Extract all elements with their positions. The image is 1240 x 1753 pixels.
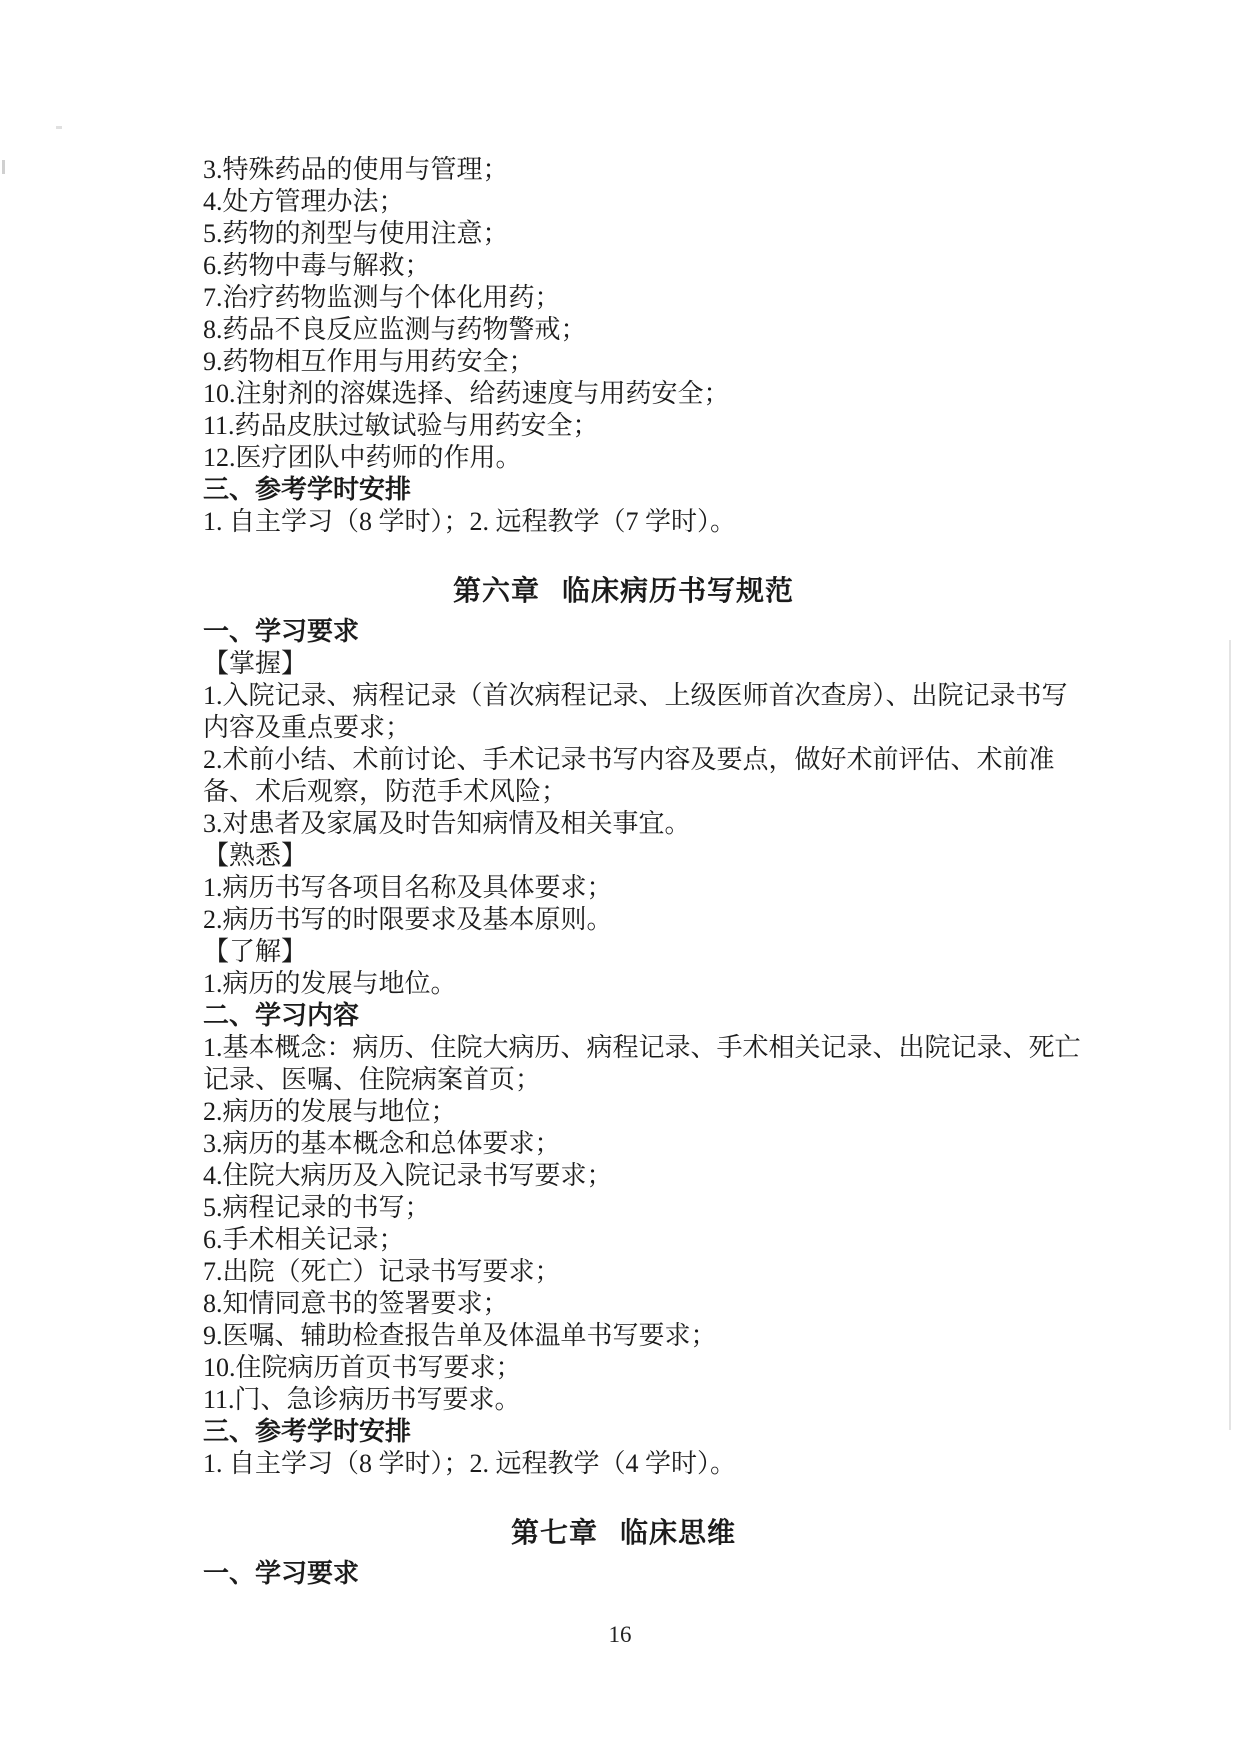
list-item: 3.病历的基本概念和总体要求； — [203, 1128, 1088, 1160]
section-heading-hours: 三、参考学时安排 — [203, 1416, 1088, 1448]
section-heading-content: 二、学习内容 — [203, 1000, 1088, 1032]
section-heading-requirements: 一、学习要求 — [203, 1558, 1088, 1590]
list-item: 1.病历的发展与地位。 — [203, 968, 1088, 1000]
hours-line: 1. 自主学习（8 学时）；2. 远程教学（7 学时）。 — [203, 506, 1088, 538]
document-body: 3.特殊药品的使用与管理； 4.处方管理办法； 5.药物的剂型与使用注意； 6.… — [203, 154, 1088, 1590]
list-item: 6.手术相关记录； — [203, 1224, 1088, 1256]
list-item: 7.治疗药物监测与个体化用药； — [203, 282, 1088, 314]
list-item: 4.处方管理办法； — [203, 186, 1088, 218]
list-item: 10.住院病历首页书写要求； — [203, 1352, 1088, 1384]
label-familiar: 【熟悉】 — [203, 840, 1088, 872]
list-item: 11.门、急诊病历书写要求。 — [203, 1384, 1088, 1416]
list-item: 2.病历书写的时限要求及基本原则。 — [203, 904, 1088, 936]
list-item: 8.药品不良反应监测与药物警戒； — [203, 314, 1088, 346]
list-item: 4.住院大病历及入院记录书写要求； — [203, 1160, 1088, 1192]
chapter6-title: 第六章临床病历书写规范 — [159, 568, 1088, 616]
list-item: 3.特殊药品的使用与管理； — [203, 154, 1088, 186]
list-item: 1.病历书写各项目名称及具体要求； — [203, 872, 1088, 904]
list-item: 3.对患者及家属及时告知病情及相关事宜。 — [203, 808, 1088, 840]
list-item: 5.病程记录的书写； — [203, 1192, 1088, 1224]
section-heading-hours: 三、参考学时安排 — [203, 474, 1088, 506]
chapter7-title-number: 第七章 — [511, 1518, 598, 1549]
list-item: 9.医嘱、辅助检查报告单及体温单书写要求； — [203, 1320, 1088, 1352]
scanned-document-page: 3.特殊药品的使用与管理； 4.处方管理办法； 5.药物的剂型与使用注意； 6.… — [0, 0, 1240, 1753]
list-item: 8.知情同意书的签署要求； — [203, 1288, 1088, 1320]
label-master: 【掌握】 — [203, 648, 1088, 680]
hours-line: 1. 自主学习（8 学时）；2. 远程教学（4 学时）。 — [203, 1448, 1088, 1480]
list-item: 2.术前小结、术前讨论、手术记录书写内容及要点，做好术前评估、术前准备、术后观察… — [203, 744, 1088, 808]
chapter6-title-text: 临床病历书写规范 — [562, 576, 794, 607]
list-item: 5.药物的剂型与使用注意； — [203, 218, 1088, 250]
section-heading-requirements: 一、学习要求 — [203, 616, 1088, 648]
page-number: 16 — [0, 1620, 1240, 1650]
list-item: 7.出院（死亡）记录书写要求； — [203, 1256, 1088, 1288]
scan-artifact-speck — [56, 126, 62, 129]
label-understand: 【了解】 — [203, 936, 1088, 968]
list-item: 11.药品皮肤过敏试验与用药安全； — [203, 410, 1088, 442]
list-item: 9.药物相互作用与用药安全； — [203, 346, 1088, 378]
list-item: 10.注射剂的溶媒选择、给药速度与用药安全； — [203, 378, 1088, 410]
chapter7-title: 第七章临床思维 — [159, 1510, 1088, 1558]
scan-artifact-line — [1229, 640, 1231, 1430]
list-item: 1.入院记录、病程记录（首次病程记录、上级医师首次查房）、出院记录书写内容及重点… — [203, 680, 1088, 744]
scan-artifact-dash — [2, 160, 5, 174]
list-item: 1.基本概念：病历、住院大病历、病程记录、手术相关记录、出院记录、死亡记录、医嘱… — [203, 1032, 1088, 1096]
list-item: 2.病历的发展与地位； — [203, 1096, 1088, 1128]
list-item: 6.药物中毒与解救； — [203, 250, 1088, 282]
chapter7-title-text: 临床思维 — [620, 1518, 736, 1549]
list-item: 12.医疗团队中药师的作用。 — [203, 442, 1088, 474]
chapter6-title-number: 第六章 — [453, 576, 540, 607]
